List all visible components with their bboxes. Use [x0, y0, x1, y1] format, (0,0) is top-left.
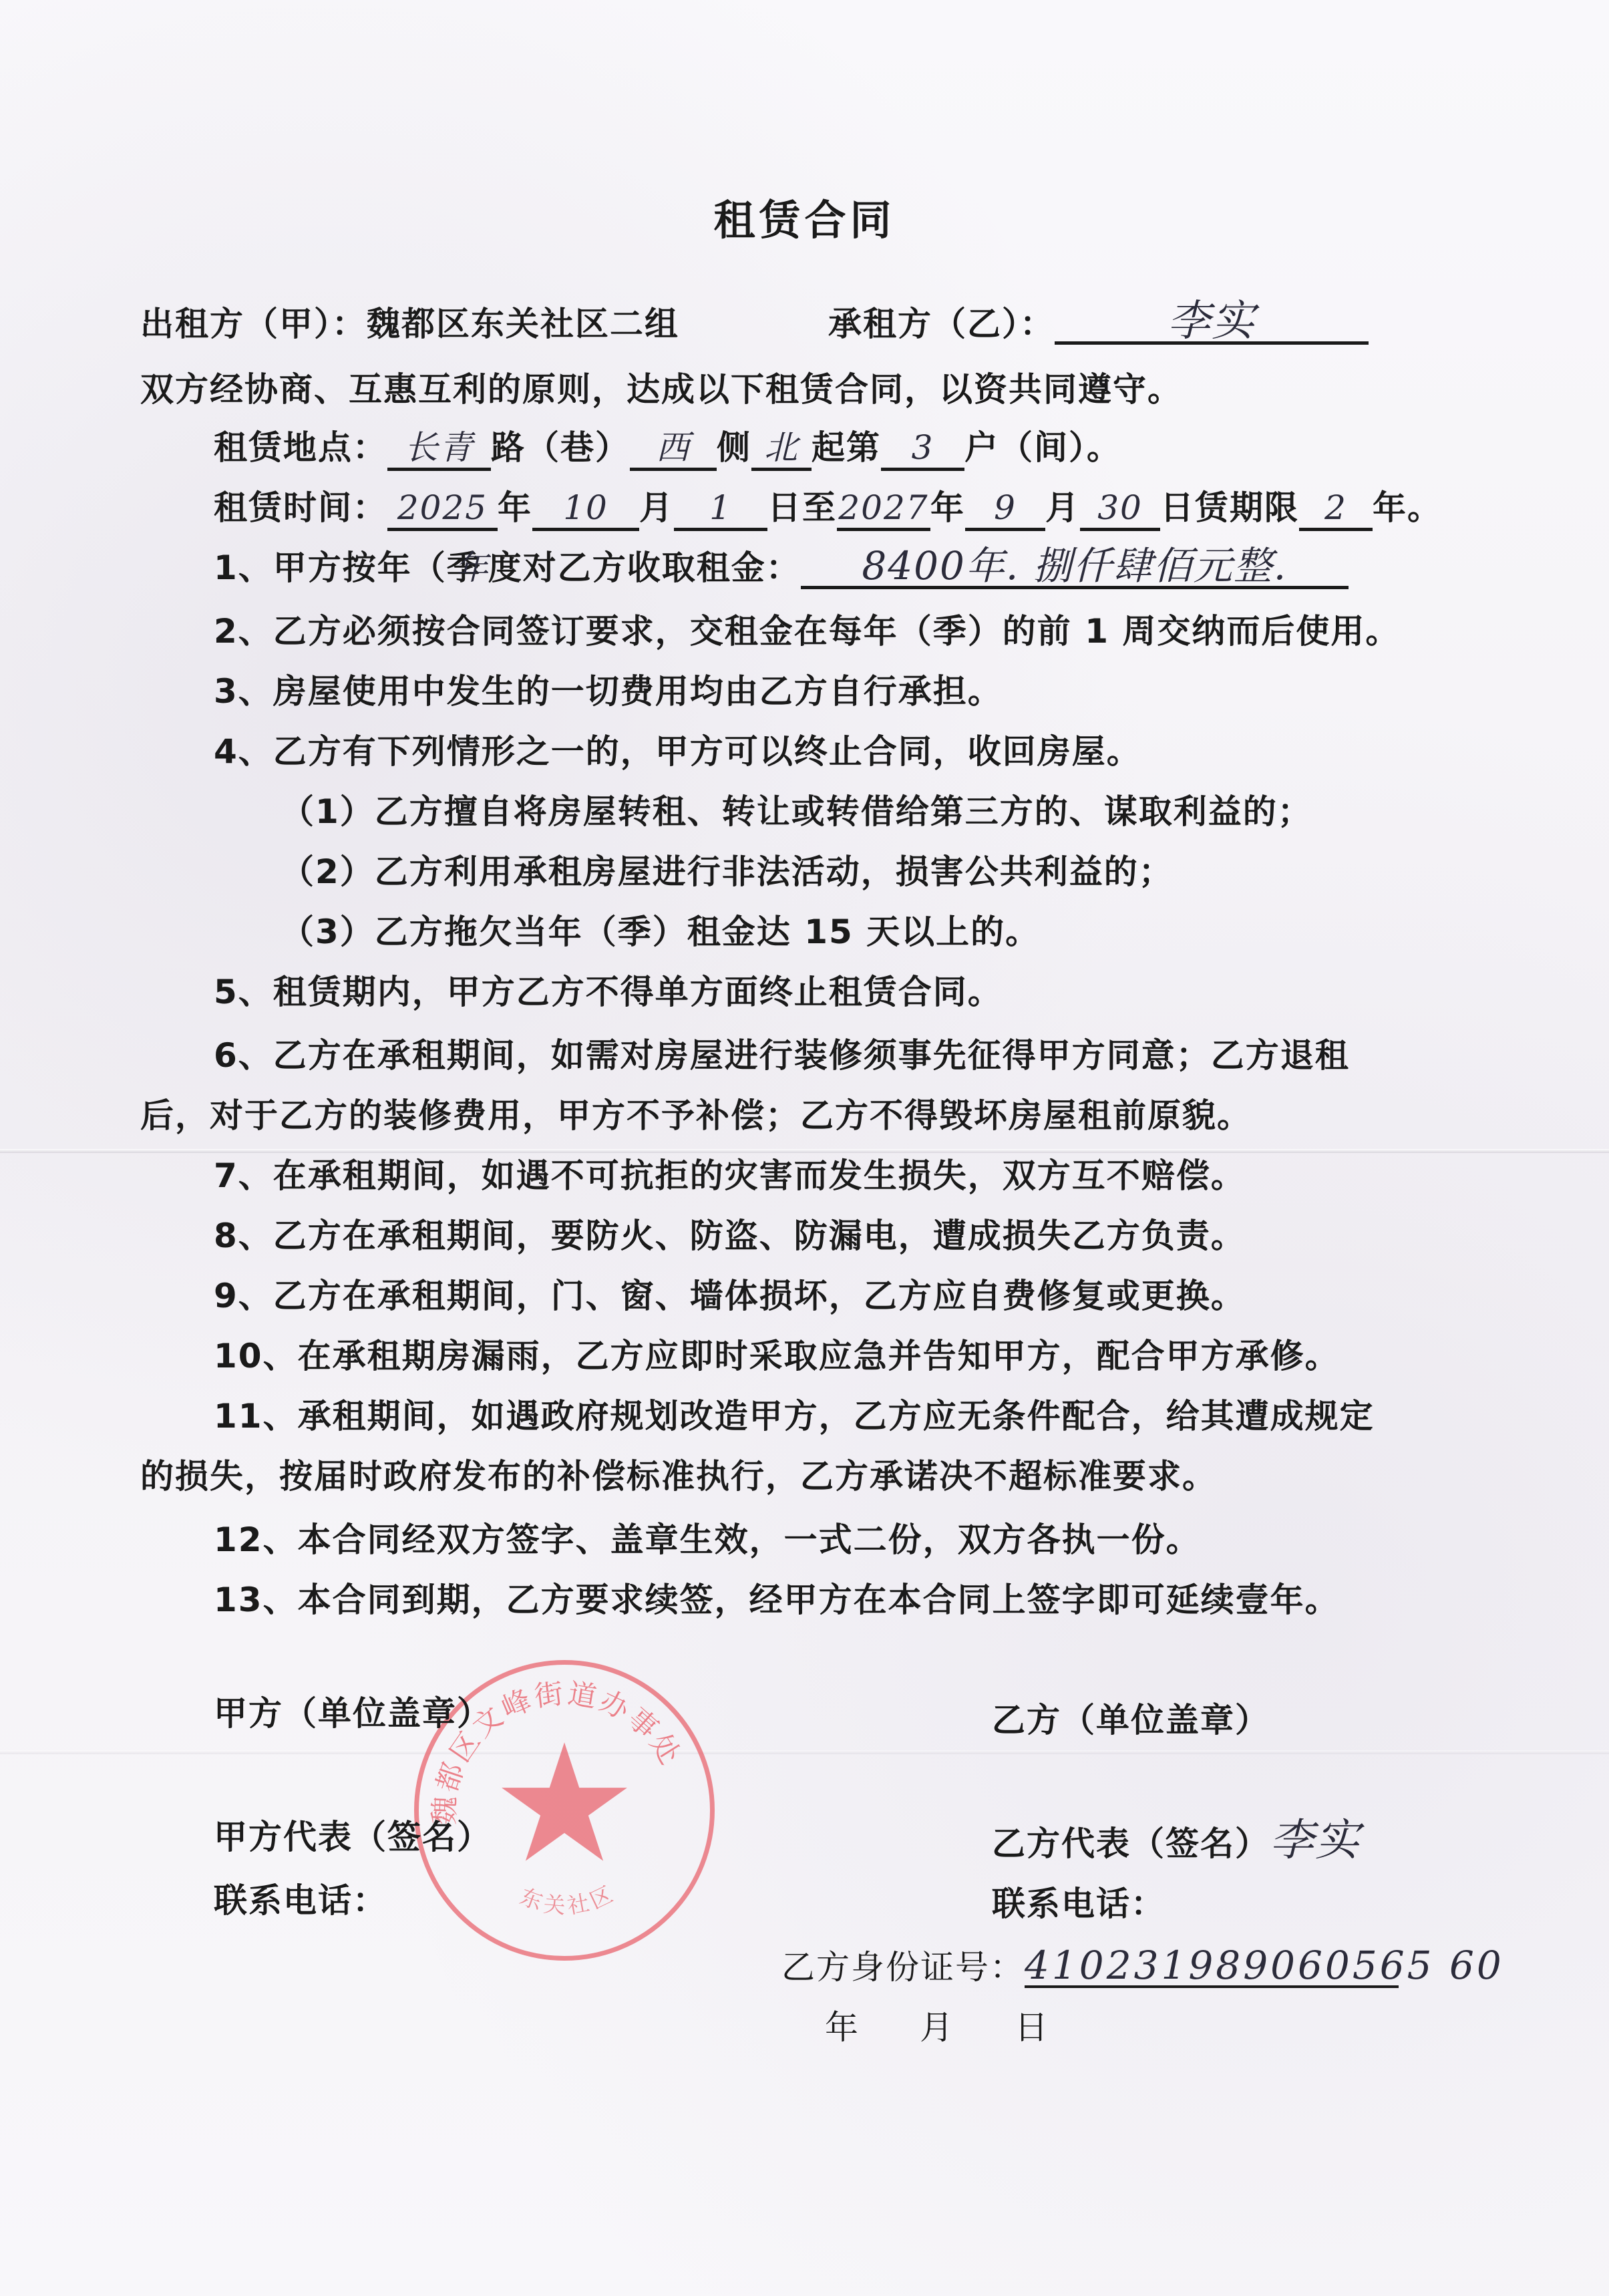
date-month-label: 月: [920, 2008, 954, 2047]
side-field[interactable]: 西: [630, 428, 717, 471]
end-day-field[interactable]: 30: [1080, 488, 1160, 531]
preamble: 双方经协商、互惠互利的原则，达成以下租赁合同，以资共同遵守。: [140, 366, 1182, 413]
term-suffix: 年。: [1373, 488, 1442, 527]
period-label: 租赁时间：: [214, 488, 387, 527]
lessor-value: 魏都区东关社区二组: [367, 305, 679, 343]
clause-6: 6、乙方在承租期间，如需对房屋进行装修须事先征得甲方同意；乙方退租: [214, 1032, 1350, 1079]
party-b-seal-label: 乙方（单位盖章）: [992, 1697, 1270, 1744]
unit-suffix: 户（间）。: [964, 428, 1121, 467]
clause-9: 9、乙方在承租期间，门、窗、墙体损坏，乙方应自费修复或更换。: [214, 1273, 1246, 1319]
clause-3: 3、房屋使用中发生的一切费用均由乙方自行承担。: [214, 668, 1003, 715]
term-label: 日赁期限: [1160, 488, 1299, 527]
party-a-rep-label: 甲方代表（签名）: [214, 1814, 492, 1860]
start-month-field[interactable]: 10: [532, 488, 639, 531]
start-suffix: 起第: [812, 428, 881, 467]
party-b-phone-label: 联系电话：: [992, 1880, 1166, 1927]
month-suffix: 月: [1045, 488, 1080, 527]
clause-4-item-3: （3）乙方拖欠当年（季）租金达 15 天以上的。: [281, 909, 1040, 955]
party-b-id-line: 乙方身份证号：410231989060565 60: [781, 1944, 1399, 1991]
party-b-id-label: 乙方身份证号：: [781, 1948, 1025, 1987]
lessee-label: 承租方（乙）：: [828, 305, 1055, 343]
road-field[interactable]: 长青: [387, 428, 491, 471]
date-day-label: 日: [1015, 2008, 1049, 2047]
clause-12: 12、本合同经双方签字、盖章生效，一式二份，双方各执一份。: [214, 1516, 1201, 1563]
location-label: 租赁地点：: [214, 428, 387, 467]
clause-10: 10、在承租期房漏雨，乙方应即时采取应急并告知甲方，配合甲方承修。: [214, 1333, 1340, 1379]
unit-field[interactable]: 3: [881, 428, 964, 471]
year-suffix: 年: [930, 488, 965, 527]
lessor-line: 出租方（甲）：魏都区东关社区二组: [140, 301, 679, 347]
date-year-label: 年: [825, 2008, 860, 2047]
svg-text:东关社区: 东关社区: [516, 1879, 620, 1919]
clause-4-item-2: （2）乙方利用承租房屋进行非法活动，损害公共利益的；: [281, 848, 1174, 895]
party-b-rep-line: 乙方代表（签名）李实: [992, 1817, 1361, 1867]
clause-4-item-1: （1）乙方擅自将房屋转租、转让或转借给第三方的、谋取利益的；: [281, 788, 1312, 835]
clause-6-cont: 后，对于乙方的装修费用，甲方不予补偿；乙方不得毁坏房屋租前原貌。: [140, 1092, 1252, 1139]
seal-star-icon: [502, 1742, 627, 1860]
clause-1-prefix: 1、甲方按年（季: [214, 548, 482, 587]
side-suffix: 侧: [717, 428, 751, 467]
clause-8: 8、乙方在承租期间，要防火、防盗、防漏电，遭成损失乙方负责。: [214, 1212, 1246, 1259]
document-title: 租赁合同: [0, 187, 1609, 247]
paper-crease: [0, 1750, 1609, 1754]
lessee-line: 承租方（乙）：李实: [828, 301, 1369, 347]
party-b-signature[interactable]: 李实: [1270, 1814, 1361, 1866]
date-line: 年月日: [825, 2004, 1049, 2051]
clause-2: 2、乙方必须按合同签订要求，交租金在每年（季）的前 1 周交纳而后使用。: [214, 608, 1400, 655]
clause-5: 5、租赁期内，甲方乙方不得单方面终止租赁合同。: [214, 969, 1003, 1015]
lessee-name-field[interactable]: 李实: [1055, 301, 1369, 345]
direction-field[interactable]: 北: [751, 428, 812, 471]
clause-7: 7、在承租期间，如遇不可抗拒的灾害而发生损失，双方互不赔偿。: [214, 1152, 1246, 1199]
day-to-label: 日至: [767, 488, 837, 527]
year-suffix: 年: [498, 488, 532, 527]
party-a-phone-label: 联系电话：: [214, 1877, 387, 1924]
start-year-field[interactable]: 2025: [387, 488, 498, 531]
start-day-field[interactable]: 1: [674, 488, 767, 531]
party-b-id-field[interactable]: 410231989060565 60: [1025, 1945, 1399, 1988]
rent-amount-field[interactable]: 8400年. 捌仟肆佰元整.: [801, 546, 1349, 589]
period-line: 租赁时间：2025年10月1日至2027年9月30日赁期限2年。: [214, 484, 1442, 531]
clause-4: 4、乙方有下列情形之一的，甲方可以终止合同，收回房屋。: [214, 728, 1141, 775]
end-year-field[interactable]: 2027: [837, 488, 930, 531]
clause-11-cont: 的损失，按届时政府发布的补偿标准执行，乙方承诺决不超标准要求。: [140, 1453, 1217, 1500]
location-line: 租赁地点：长青路（巷）西侧北起第3户（间）。: [214, 424, 1121, 471]
clause-1: 1、甲方按年（季年度对乙方收取租金：8400年. 捌仟肆佰元整.: [214, 544, 1349, 591]
party-b-rep-label: 乙方代表（签名）: [992, 1824, 1270, 1863]
month-suffix: 月: [639, 488, 674, 527]
clause-11: 11、承租期间，如遇政府规划改造甲方，乙方应无条件配合，给其遭成规定: [214, 1393, 1375, 1440]
end-month-field[interactable]: 9: [965, 488, 1045, 531]
clause-1-middle: 度对乙方收取租金：: [488, 548, 801, 587]
lessor-label: 出租方（甲）：: [140, 305, 367, 343]
clause-1-handwritten-mark: 年: [455, 548, 488, 588]
road-suffix: 路（巷）: [491, 428, 630, 467]
clause-13: 13、本合同到期，乙方要求续签，经甲方在本合同上签字即可延续壹年。: [214, 1577, 1340, 1623]
term-field[interactable]: 2: [1299, 488, 1373, 531]
party-a-seal-label: 甲方（单位盖章）: [214, 1690, 492, 1737]
